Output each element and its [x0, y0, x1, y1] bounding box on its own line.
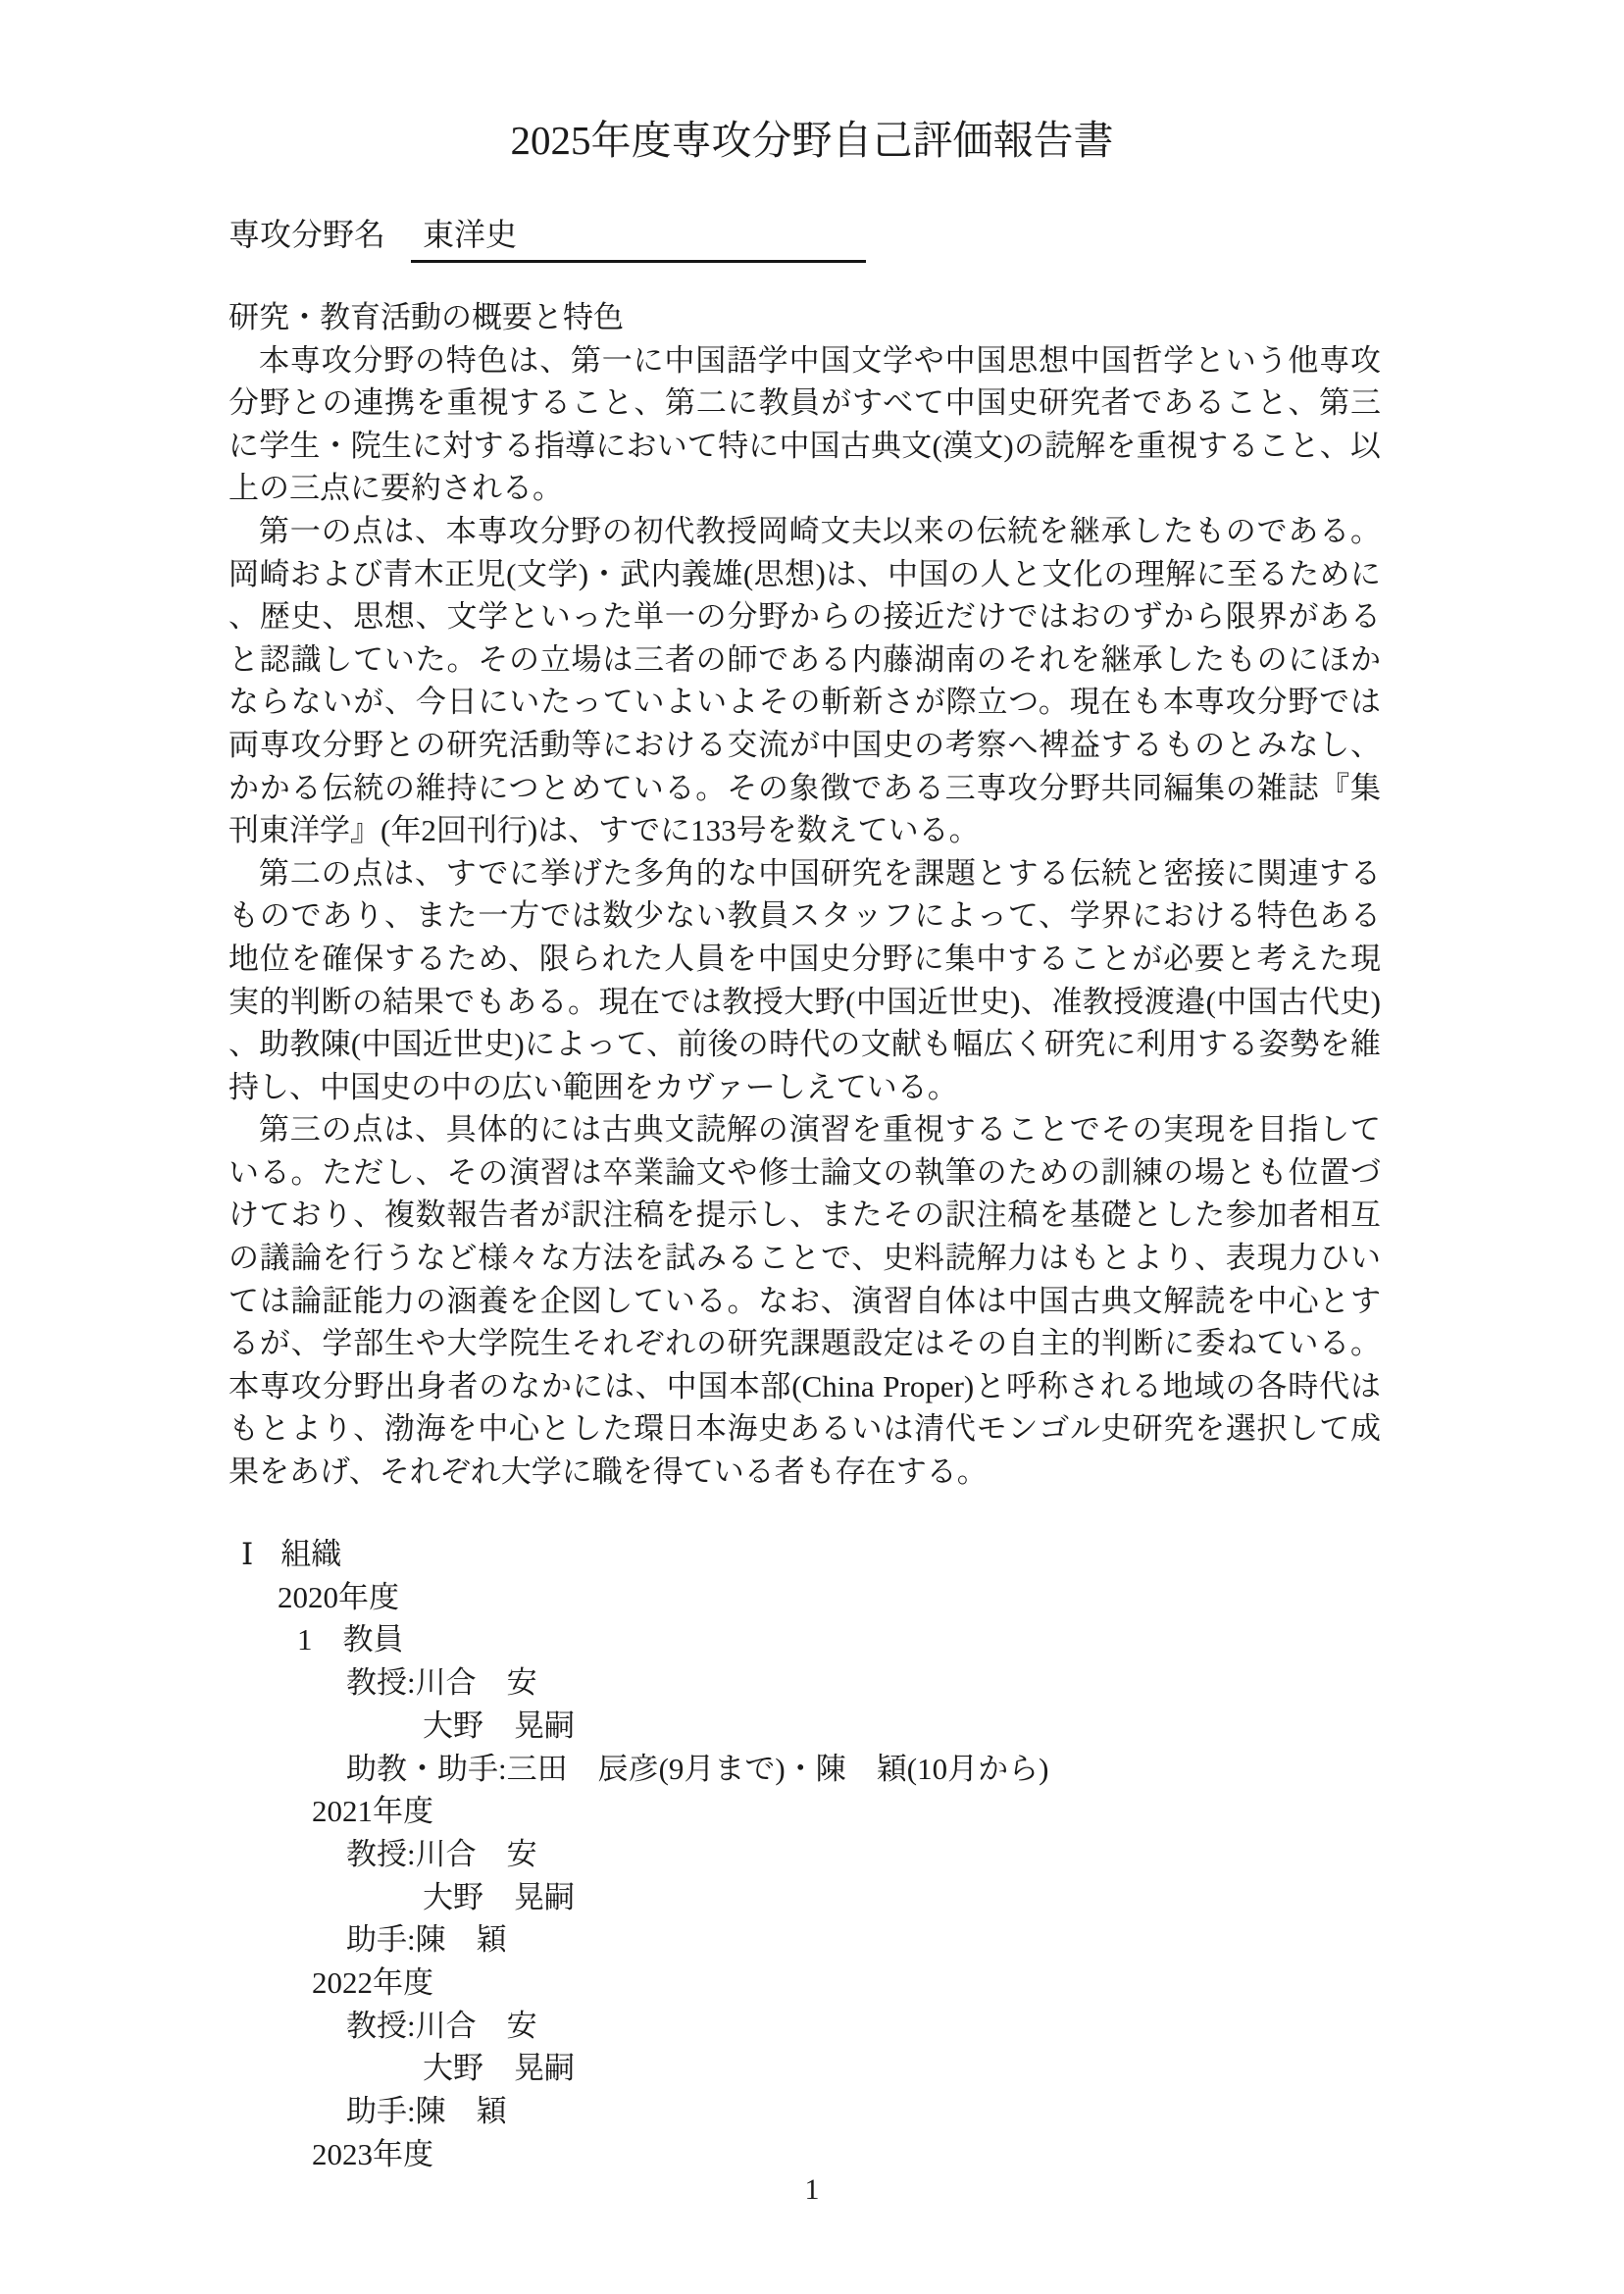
- field-name-label: 専攻分野名: [228, 217, 385, 252]
- org-entry-year-2023: 2023年度: [228, 2133, 1503, 2176]
- organization-section: Ⅰ組織 2020年度 1 教員 教授:川合 安 大野 晃嗣 助教・助手:三田 辰…: [228, 1533, 1503, 2176]
- overview-section: 研究・教育活動の概要と特色 本専攻分野の特色は、第一に中国語学中国文学や中国思想…: [228, 296, 1381, 1528]
- field-name-value: 東洋史: [411, 210, 866, 263]
- org-entry-professor: 教授:川合 安: [228, 1833, 1503, 1876]
- organization-heading: Ⅰ組織: [228, 1533, 1503, 1576]
- overview-heading: 研究・教育活動の概要と特色: [228, 296, 1381, 339]
- org-entry-professor-2: 大野 晃嗣: [228, 1876, 1503, 1919]
- document-title: 2025年度専攻分野自己評価報告書: [0, 108, 1624, 166]
- page-number: 1: [0, 2173, 1624, 2207]
- organization-numeral: Ⅰ: [241, 1537, 253, 1571]
- org-entry-assistants: 助教・助手:三田 辰彦(9月まで)・陳 穎(10月から): [228, 1748, 1503, 1791]
- org-entry-year-2020: 2020年度: [228, 1576, 1503, 1619]
- org-entry-professor: 教授:川合 安: [228, 1661, 1503, 1705]
- org-entry-professor-2: 大野 晃嗣: [228, 2047, 1503, 2090]
- org-entry-professor-2: 大野 晃嗣: [228, 1705, 1503, 1748]
- org-entry-staff-heading: 1 教員: [228, 1618, 1503, 1661]
- field-name-line: 専攻分野名東洋史: [228, 210, 866, 263]
- overview-paragraph-2: 第一の点は、本専攻分野の初代教授岡崎文夫以来の伝統を継承したものである。岡崎およ…: [228, 510, 1381, 852]
- org-entry-assistant: 助手:陳 穎: [228, 1918, 1503, 1962]
- org-entry-year-2021: 2021年度: [228, 1790, 1503, 1833]
- organization-title: 組織: [280, 1537, 341, 1571]
- document-page: 2025年度専攻分野自己評価報告書 専攻分野名東洋史 研究・教育活動の概要と特色…: [0, 0, 1624, 2294]
- overview-paragraph-3: 第二の点は、すでに挙げた多角的な中国研究を課題とする伝統と密接に関連するものであ…: [228, 852, 1381, 1109]
- overview-paragraph-1: 本専攻分野の特色は、第一に中国語学中国文学や中国思想中国哲学という他専攻分野との…: [228, 339, 1381, 510]
- org-entry-professor: 教授:川合 安: [228, 2005, 1503, 2048]
- org-entry-year-2022: 2022年度: [228, 1962, 1503, 2005]
- overview-paragraph-4: 第三の点は、具体的には古典文読解の演習を重視することでその実現を目指している。た…: [228, 1108, 1381, 1493]
- org-entry-assistant: 助手:陳 穎: [228, 2090, 1503, 2133]
